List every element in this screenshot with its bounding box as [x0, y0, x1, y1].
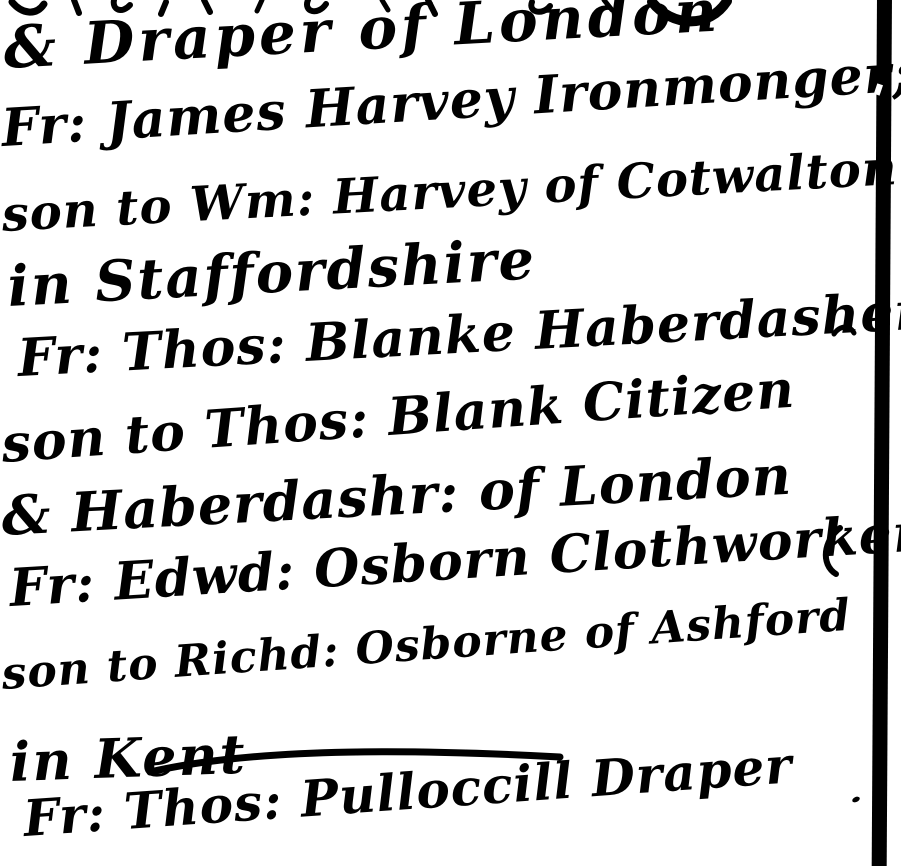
manuscript-line: in Staffordshire — [6, 230, 537, 316]
manuscript-line: son to Wm: Harvey of Cotwalton — [0, 143, 898, 240]
manuscript-page: & Draper of London Fr: James Harvey Iron… — [0, 0, 901, 866]
ink-dot — [851, 796, 860, 804]
binding-edge-bar — [872, 0, 892, 866]
